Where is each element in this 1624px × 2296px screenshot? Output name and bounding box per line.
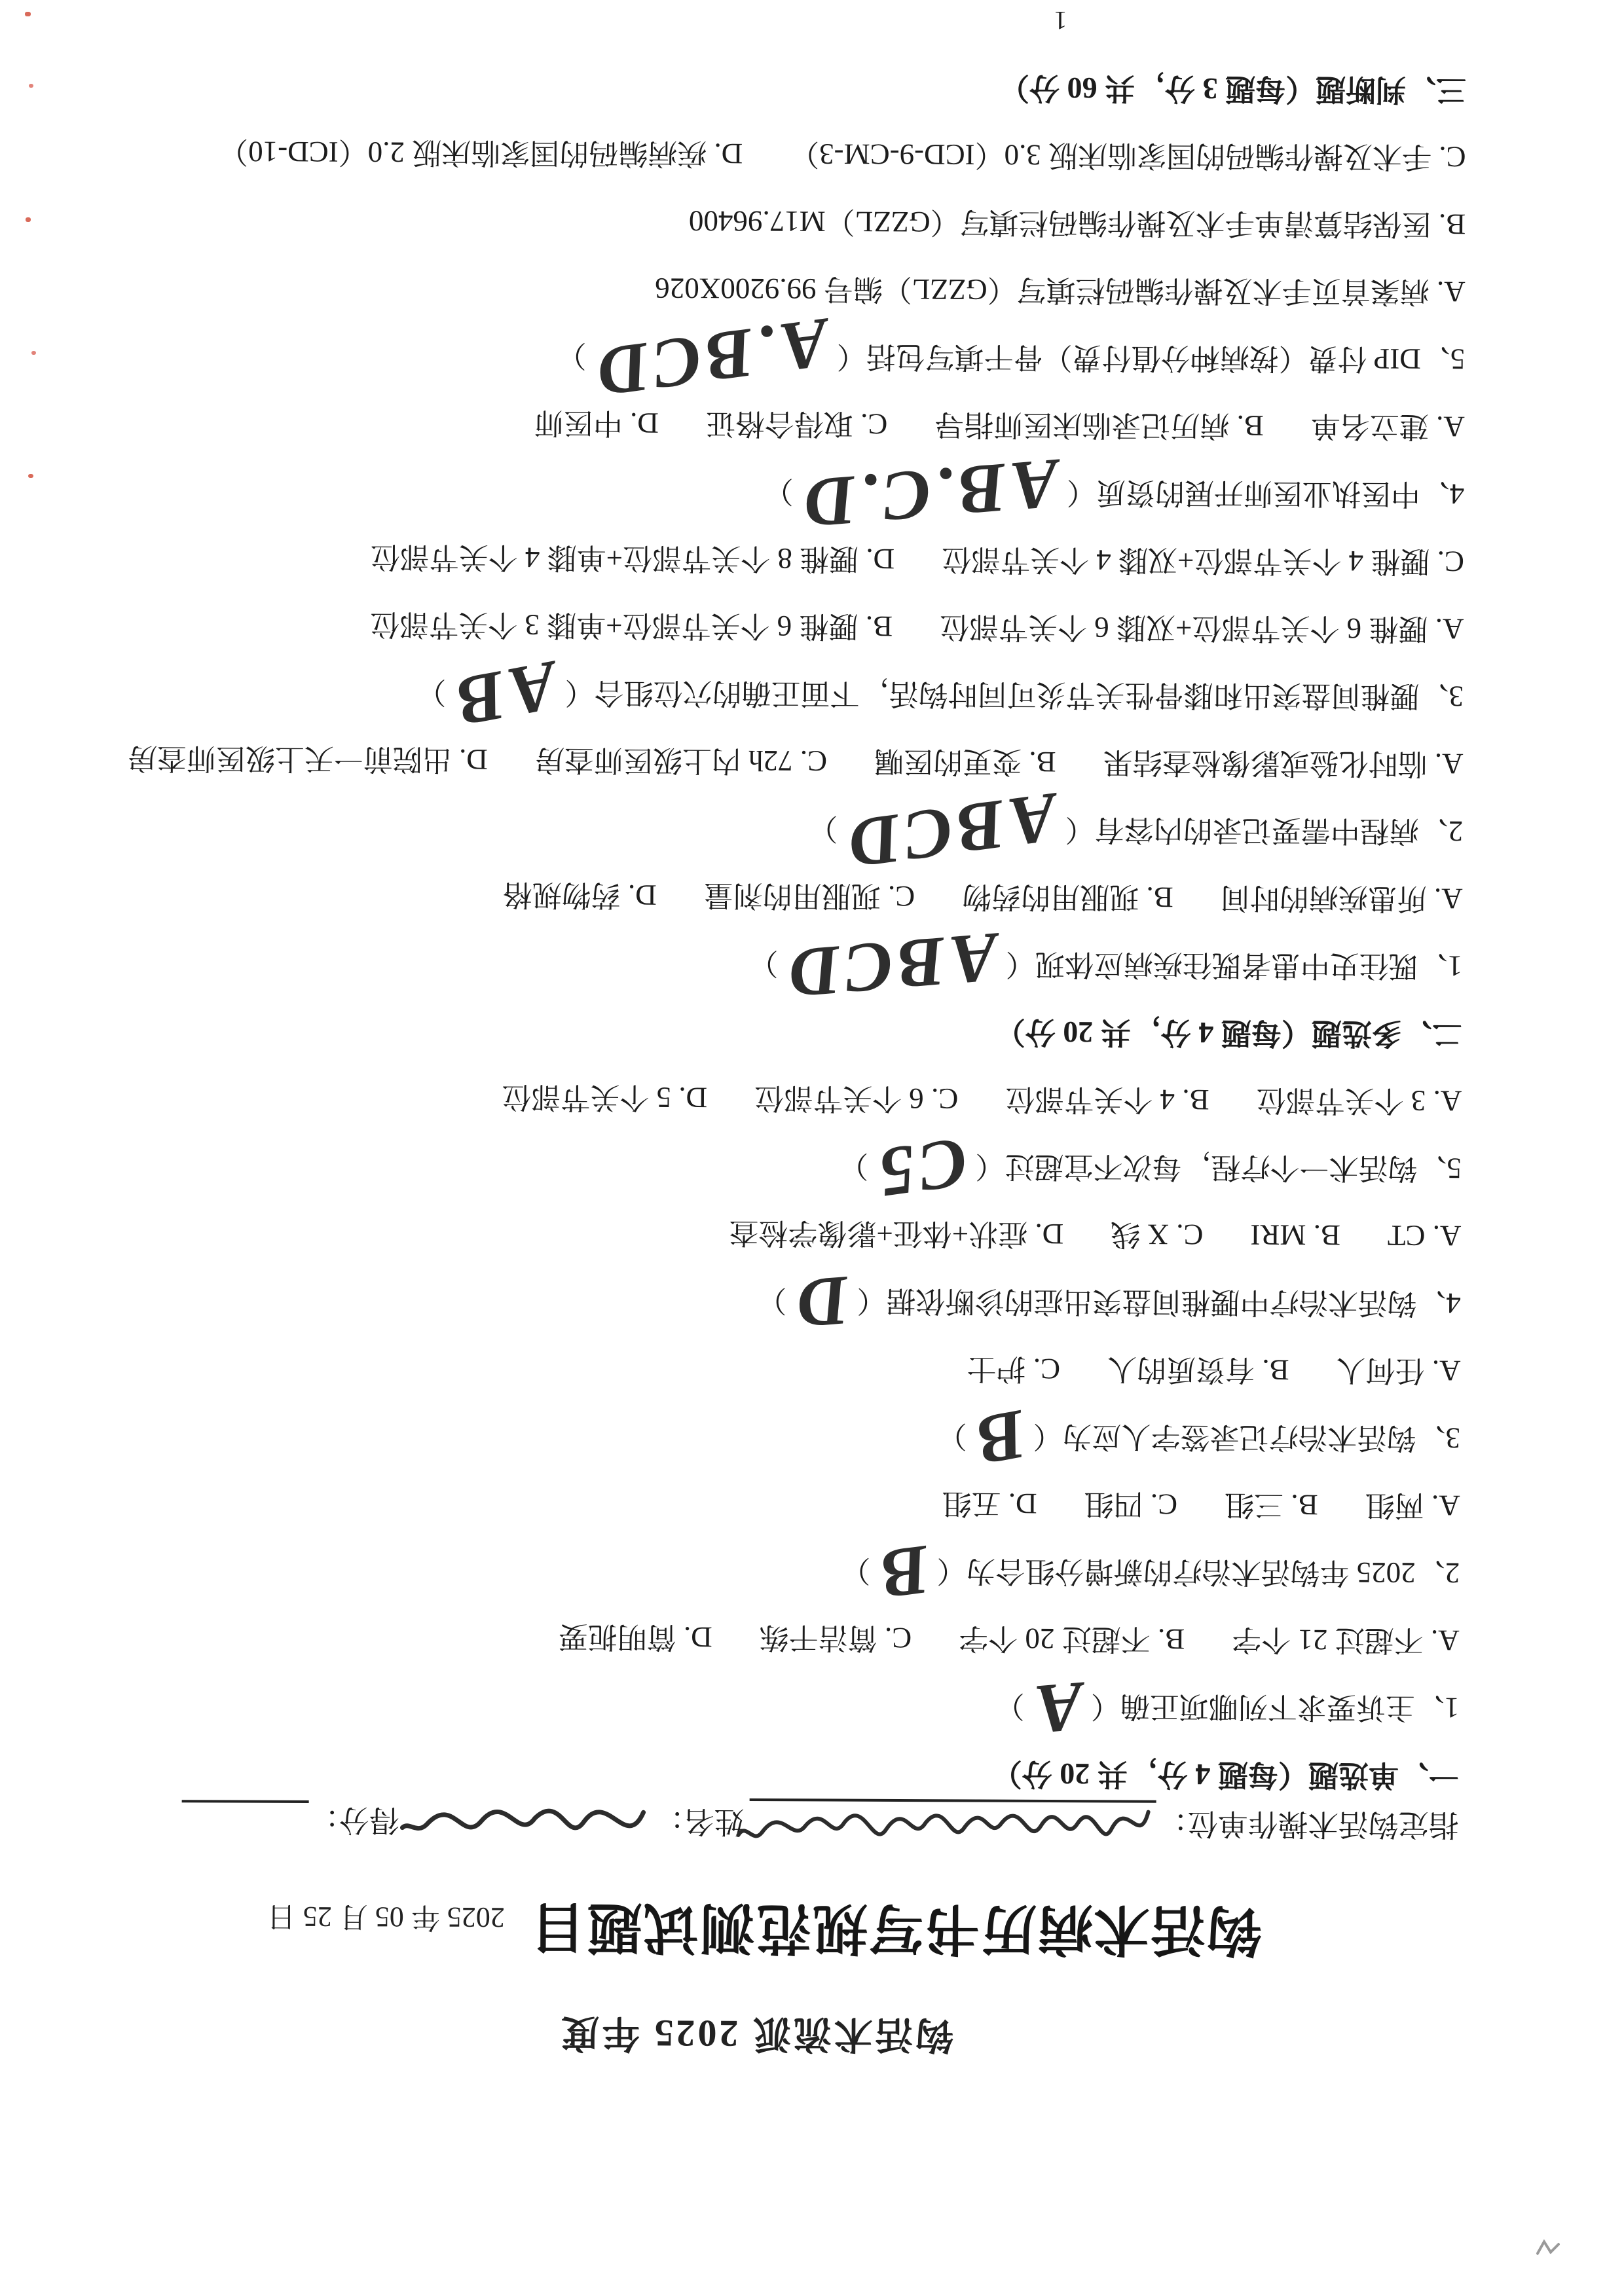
unit-label: 指定钩活术操作单位： [1157,1804,1458,1849]
question-stem: 5、钩活术一个疗程，每次不宜超过（ C5 ） [185,1144,1462,1187]
option: D. 五组 [942,1485,1037,1522]
option: C. 现服用的剂量 [704,877,915,915]
scan-speck [28,474,33,478]
question-text: 2、2025 年钩活术治疗的新增分组合为 [966,1552,1460,1591]
option: B. 三组 [1225,1486,1318,1523]
option: B. 变更的医嘱 [874,743,1056,780]
option: A. 临时化验或影像检查结果 [1103,744,1463,782]
score-label: 得分： [309,1800,399,1844]
scan-speck [29,84,33,88]
option: B. 现服用的药物 [962,878,1173,915]
scan-speck [31,351,36,355]
score-field-blank [181,1800,308,1836]
question-text: 1、既往史中患者既往疾病应体现 [1035,946,1463,985]
handwritten-answer: A.BCD [593,341,828,373]
exam-date: 2025 年 05 月 25 日 [267,1899,505,1942]
handwritten-answer: ABCD [844,816,1056,845]
option: D. 药物规格 [503,876,657,913]
document-content: 钩活术流派 2025 年度 钩活术病历书写规范测试题目 2025 年 05 月 … [179,0,1624,2296]
handwritten-answer: AB.C.D [800,483,1058,504]
question-stem: 3、腰椎间盘突出和膝骨性关节炎可同时钩活，下面正确的穴位组合（ AB ） [187,672,1464,715]
letterhead-org-line: 钩活术流派 2025 年度 [181,2007,953,2066]
option: C. 简洁干练 [760,1619,912,1656]
question-stem: 2、2025 年钩活术治疗的新增分组合为（ B ） [183,1549,1460,1592]
option: C. 护士 [967,1350,1060,1387]
section-heading: 二、多选题（每题 4 分，共 20 分） [185,1010,1462,1052]
option: D. 简明扼要 [559,1618,712,1656]
option: D. 症状+体征+影像学检查 [729,1214,1063,1252]
question-stem: 1、主诉要求下列哪项正确（ A ） [182,1684,1459,1726]
scanner-corner-mark [1535,2238,1561,2262]
option: C. 6 个关节部位 [754,1080,959,1117]
question-stem: 4、钩活术治疗中腰椎间盘突出症的诊断依据（ D ） [184,1279,1461,1322]
option: B. 腰椎 6 个关节部位+单膝 3 个关节部位 [370,606,893,644]
question-text: 3、腰椎间盘突出和膝骨性关节炎可同时钩活，下面正确的穴位组合 [594,674,1464,715]
option-row: A. 3 个关节部位B. 4 个关节部位C. 6 个关节部位D. 5 个关节部位 [185,1077,1462,1120]
question-text: 1、主诉要求下列哪项正确 [1120,1688,1460,1726]
option: A. 所患疾病的时间 [1221,879,1463,917]
option-row: A. CTB. MRIC. X 线D. 症状+体征+影像学检查 [184,1212,1461,1254]
option: D. 腰椎 8 个关节部位+单膝 4 个关节部位 [371,538,895,577]
question-text: 5、钩活术一个疗程，每次不宜超过 [1005,1148,1462,1187]
option-row: A. 腰椎 6 个关节部位+双膝 6 个关节部位B. 腰椎 6 个关节部位+单膝… [187,605,1464,647]
option: B. 不超过 20 个字 [959,1620,1185,1658]
section-heading: 三、判断题（每题 3 分，共 60 分） [189,65,1466,108]
handwritten-answer: A [1030,1705,1082,1710]
option-row: A. 所患疾病的时间B. 现服用的药物C. 现服用的剂量D. 药物规格 [186,875,1463,917]
option: A. 不超过 21 个字 [1232,1621,1460,1659]
question-stem: 5、DIP 付费（按病种分值付费）骨干填写包括（ A.BCD ） [188,335,1465,378]
option: A. 建立名单 [1311,408,1465,445]
option: D. 疾病编码的国家临床版 2.0（ICD-10） [219,133,743,172]
question-text: 3、钩活术治疗记录签字人应为 [1062,1418,1460,1457]
option: A. CT [1388,1217,1462,1254]
option-row: C. 手术及操作编码的国家临床版 3.0（ICD-9-CM-3）D. 疾病编码的… [189,133,1466,175]
handwritten-answer: AB [452,683,555,703]
upside-down-sheet: 钩活术流派 2025 年度 钩活术病历书写规范测试题目 2025 年 05 月 … [0,0,1624,2296]
question-text: 4、钩活术治疗中腰椎间盘突出症的诊断依据 [886,1283,1461,1322]
question-sections: 一、单选题（每题 4 分，共 20 分）1、主诉要求下列哪项正确（ A ）A. … [182,65,1466,1793]
option-row: A. 两组B. 三组C. 四组D. 五组 [183,1482,1460,1524]
question-stem: 2、病程中需要记录的内容有（ ABCD ） [186,807,1463,850]
handwritten-answer: C5 [874,1161,967,1174]
title-line: 钩活术病历书写规范测试题目 2025 年 05 月 25 日 [181,1890,1263,1974]
scan-speck [26,217,31,222]
unit-field-blank [749,1798,1156,1876]
option: D. 5 个关节部位 [502,1078,707,1116]
option: A. 病案首页手术及操作编码栏填写（GZZL）编号 99.9200X026 [655,270,1466,310]
scanned-exam-page: 钩活术流派 2025 年度 钩活术病历书写规范测试题目 2025 年 05 月 … [0,0,1624,2296]
option: A. 两组 [1365,1487,1460,1524]
handwritten-answer: D [792,1300,849,1304]
option: D. 出院前一天上级医师查房 [128,740,488,778]
question-stem: 1、既往史中患者既往疾病应体现（ ABCD ） [185,942,1462,985]
option: C. 72h 内上级医师查房 [535,742,828,780]
option: C. 腰椎 4 个关节部位+双膝 4 个关节部位 [942,541,1464,579]
question-stem: 4、中医执业医师开展的资质（ AB.C.D ） [187,470,1464,513]
option-row: A. 不超过 21 个字B. 不超过 20 个字C. 简洁干练D. 简明扼要 [183,1616,1460,1659]
option: C. 手术及操作编码的国家临床版 3.0（ICD-9-CM-3） [790,136,1466,175]
option-row: A. 建立名单B. 病历记录临床医师指导C. 取得合格证D. 中医师 [188,403,1465,445]
option: A. 腰椎 6 个关节部位+双膝 6 个关节部位 [940,608,1464,647]
info-line: 指定钩活术操作单位： 姓名： 得分： [181,1800,1458,1878]
option-row: A. 病案首页手术及操作编码栏填写（GZZL）编号 99.9200X026 [189,268,1466,310]
question-text: 5、DIP 付费（按病种分值付费）骨干填写包括 [866,338,1466,378]
name-field [404,1797,653,1872]
handwritten-answer: B [876,1569,928,1576]
handwritten-unit-signature [730,1783,1156,1863]
handwritten-answer: B [973,1432,1025,1442]
question-stem: 3、钩活术治疗记录签字人应为（ B ） [183,1414,1460,1457]
option: B. MRI [1250,1216,1340,1254]
option: A. 3 个关节部位 [1256,1082,1462,1119]
option-row: B. 医保结算清单手术及操作编码栏填写（GZZL）M17.96400 [189,200,1466,243]
option: B. 4 个关节部位 [1005,1081,1209,1118]
option: B. 医保结算清单手术及操作编码栏填写（GZZL）M17.96400 [689,203,1466,243]
handwritten-answer: ABCD [784,956,997,974]
option-row: A. 任何人B. 有资质的人C. 护士 [183,1347,1460,1389]
option: D. 中医师 [534,405,659,442]
option-row: A. 临时化验或影像检查结果B. 变更的医嘱C. 72h 内上级医师查房D. 出… [186,740,1463,782]
option: C. 四组 [1084,1485,1177,1523]
page-number: 1 [654,0,1466,40]
scan-speck [25,12,31,16]
option: C. X 线 [1111,1216,1204,1253]
option: B. 病历记录临床医师指导 [934,406,1264,444]
question-text: 4、中医执业医师开展的资质 [1096,474,1465,512]
option: C. 取得合格证 [706,405,888,443]
page-title: 钩活术病历书写规范测试题目 [529,1892,1262,1975]
question-text: 2、病程中需要记录的内容有 [1094,811,1463,849]
option: B. 有资质的人 [1107,1351,1289,1388]
option-row: C. 腰椎 4 个关节部位+双膝 4 个关节部位D. 腰椎 8 个关节部位+单膝… [187,538,1464,580]
option: A. 任何人 [1336,1352,1460,1389]
handwritten-name-signature [397,1779,654,1859]
